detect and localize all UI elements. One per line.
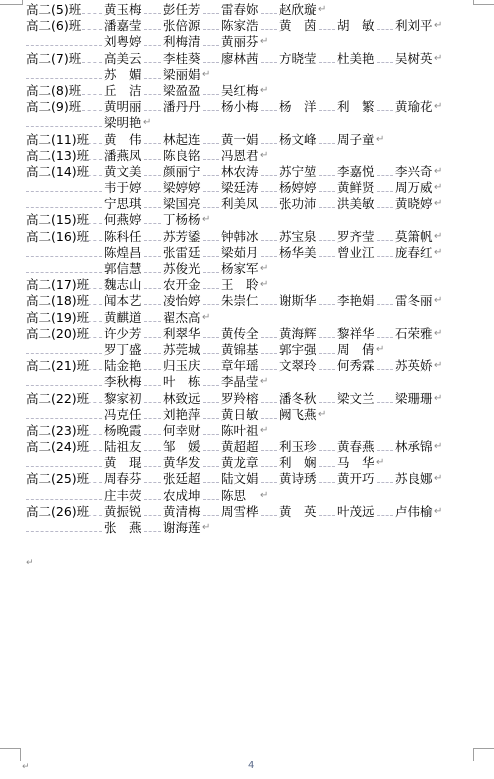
- tab-leader: [144, 337, 161, 354]
- crop-mark-top-left: [0, 0, 23, 5]
- class-label: 高二(18)班: [26, 293, 90, 309]
- student-name: 黄明丽: [104, 99, 142, 115]
- student-name: 李晶莹: [221, 374, 259, 390]
- tab-leader: [261, 191, 277, 208]
- student-name: 郭信慧: [104, 261, 142, 277]
- student-name: 黄海辉: [279, 326, 317, 342]
- class-name-list[interactable]: 高二(5)班黄玉梅彭任芳雷春妳赵欣璇↵高二(6)班潘嘉莹张倍源陈家浩黄 茵胡 敏…: [26, 2, 486, 536]
- student-name: 张功沛: [279, 196, 317, 212]
- paragraph-mark: ↵: [318, 407, 326, 423]
- student-name: 周子童: [337, 132, 375, 148]
- student-name: 张 燕: [104, 520, 142, 536]
- student-name: 陆文娟: [221, 471, 259, 487]
- tab-leader: [261, 224, 277, 241]
- tab-leader: [144, 0, 161, 14]
- tab-leader: [261, 450, 277, 467]
- tab-leader: [203, 499, 219, 516]
- tab-leader: [82, 127, 102, 144]
- student-name: 杨小梅: [221, 99, 259, 115]
- tab-leader: [377, 288, 393, 305]
- student-name: 利 娴: [279, 455, 317, 471]
- tab-leader: [203, 450, 219, 467]
- tab-leader: [203, 386, 219, 403]
- student-name: 钟韩冰: [221, 229, 259, 245]
- tab-leader: [377, 353, 393, 370]
- student-name: 梁国亮: [163, 196, 201, 212]
- footer-paragraph-mark: ↵: [22, 762, 30, 772]
- tab-leader: [319, 175, 335, 192]
- tab-leader: [319, 353, 335, 370]
- tab-leader: [144, 175, 161, 192]
- tab-leader: [82, 78, 102, 95]
- tab-leader: [319, 434, 335, 451]
- paragraph-mark: ↵: [260, 261, 268, 277]
- student-name: 莫箫帆: [395, 229, 433, 245]
- tab-leader: [203, 240, 219, 257]
- paragraph-mark: ↵: [434, 245, 442, 261]
- tab-leader: [261, 499, 277, 516]
- student-name: 何秀霖: [337, 358, 375, 374]
- tab-leader: [377, 386, 393, 403]
- student-name: 利翠华: [163, 326, 201, 342]
- student-name: 陆金艳: [104, 358, 142, 374]
- student-name: 章年瑶: [221, 358, 259, 374]
- student-name: 雷冬丽: [395, 293, 433, 309]
- tab-leader: [82, 224, 102, 241]
- student-name: 何幸财: [163, 423, 201, 439]
- student-name: 利梅清: [163, 34, 201, 50]
- tab-leader: [203, 402, 219, 419]
- tab-leader: [319, 127, 335, 144]
- student-name: 陆祖友: [104, 439, 142, 455]
- tab-leader: [203, 78, 219, 95]
- tab-leader: [319, 224, 335, 241]
- student-name: 潘冬秋: [279, 391, 317, 407]
- tab-leader: [203, 159, 219, 176]
- student-name: 苏宁堃: [279, 164, 317, 180]
- student-name: 黄 英: [279, 504, 317, 520]
- student-name: 何燕婷: [104, 212, 142, 228]
- tab-leader: [82, 143, 102, 160]
- student-name: 苏 媚: [104, 67, 142, 83]
- tab-leader: [144, 240, 161, 257]
- student-name: 黄玉梅: [104, 2, 142, 18]
- tab-leader: [26, 110, 102, 127]
- student-name: 陈家浩: [221, 18, 259, 34]
- student-name: 文翠玲: [279, 358, 317, 374]
- tab-leader: [26, 256, 102, 273]
- student-name: 黄开巧: [337, 471, 375, 487]
- student-name: 周万威: [395, 180, 433, 196]
- student-name: 宁思琪: [104, 196, 142, 212]
- student-name: 苏宝泉: [279, 229, 317, 245]
- tab-leader: [203, 46, 219, 63]
- tab-leader: [261, 0, 277, 14]
- student-name: 张雷廷: [163, 245, 201, 261]
- student-name: 胡 敏: [337, 18, 375, 34]
- tab-leader: [26, 483, 102, 500]
- student-name: 罗羚榕: [221, 391, 259, 407]
- tab-leader: [144, 207, 161, 224]
- student-name: 黄晓婷: [395, 196, 433, 212]
- tab-leader: [377, 191, 393, 208]
- student-name: 许少芳: [104, 326, 142, 342]
- tab-leader: [203, 434, 219, 451]
- tab-leader: [377, 46, 393, 63]
- tab-leader: [26, 175, 102, 192]
- student-name: 陈叶祖: [221, 423, 259, 439]
- tab-leader: [203, 337, 219, 354]
- student-name: 周春芬: [104, 471, 142, 487]
- tab-leader: [26, 29, 102, 46]
- student-name: 利刘平: [395, 18, 433, 34]
- student-name: 黄 琨: [104, 455, 142, 471]
- class-label: 高二(15)班: [26, 212, 90, 228]
- student-name: 黄一娟: [221, 132, 259, 148]
- tab-leader: [144, 272, 161, 289]
- tab-leader: [144, 434, 161, 451]
- crop-mark-bottom-right: [473, 748, 494, 761]
- student-name: 闻本艺: [104, 293, 142, 309]
- tab-leader: [319, 13, 335, 30]
- student-name: 农开金: [163, 277, 201, 293]
- class-label: 高二(13)班: [26, 148, 90, 164]
- student-name: 黄丽芬: [221, 34, 259, 50]
- tab-leader: [203, 483, 219, 500]
- student-name: 石荣雅: [395, 326, 433, 342]
- tab-leader: [144, 288, 161, 305]
- student-name: 李兴奇: [395, 164, 433, 180]
- tab-leader: [261, 159, 277, 176]
- student-name: 苏良娜: [395, 471, 433, 487]
- tab-leader: [203, 13, 219, 30]
- student-name: 苏俊光: [163, 261, 201, 277]
- student-name: 丁杨杨: [163, 212, 201, 228]
- student-name: 杨 洋: [279, 99, 317, 115]
- student-name: 利 繁: [337, 99, 375, 115]
- student-name: 黄日敏: [221, 407, 259, 423]
- tab-leader: [261, 240, 277, 257]
- class-label: 高二(5)班: [26, 2, 90, 18]
- tab-leader: [144, 466, 161, 483]
- student-name: 张倍源: [163, 18, 201, 34]
- tab-leader: [319, 191, 335, 208]
- tab-leader: [377, 434, 393, 451]
- student-name: 雷春妳: [221, 2, 259, 18]
- tab-leader: [203, 29, 219, 46]
- tab-leader: [82, 466, 102, 483]
- student-name: 李秋梅: [104, 374, 142, 390]
- tab-leader: [26, 191, 102, 208]
- tab-leader: [203, 321, 219, 338]
- tab-leader: [144, 159, 161, 176]
- tab-leader: [203, 224, 219, 241]
- paragraph-mark: ↵: [434, 358, 442, 374]
- student-name: 农成坤: [163, 488, 201, 504]
- student-name: 黄文美: [104, 164, 142, 180]
- tab-leader: [261, 402, 277, 419]
- student-name: 梁盈盈: [163, 83, 201, 99]
- student-name: 林起连: [163, 132, 201, 148]
- tab-leader: [261, 434, 277, 451]
- student-name: 黄龙章: [221, 455, 259, 471]
- student-name: 阙飞燕: [279, 407, 317, 423]
- paragraph-mark: ↵: [434, 180, 442, 196]
- tab-leader: [203, 191, 219, 208]
- tab-leader: [203, 143, 219, 160]
- student-name: 谢海莲: [163, 520, 201, 536]
- student-name: 李嘉悦: [337, 164, 375, 180]
- crop-mark-bottom-left: [0, 748, 21, 761]
- tab-leader: [82, 305, 102, 322]
- student-name: 方晓莹: [279, 51, 317, 67]
- tab-leader: [144, 46, 161, 63]
- class-label: 高二(11)班: [26, 132, 90, 148]
- tab-leader: [82, 321, 102, 338]
- student-name: 杨婷婷: [279, 180, 317, 196]
- student-name: 周 倩: [337, 342, 375, 358]
- tab-leader: [377, 159, 393, 176]
- student-name: 罗齐莹: [337, 229, 375, 245]
- tab-leader: [82, 353, 102, 370]
- student-name: 廖林茜: [221, 51, 259, 67]
- tab-leader: [203, 418, 219, 435]
- tab-leader: [82, 13, 102, 30]
- student-name: 林农涛: [221, 164, 259, 180]
- student-name: 刘粤婷: [104, 34, 142, 50]
- tab-leader: [82, 499, 102, 516]
- tab-leader: [26, 450, 102, 467]
- tab-leader: [261, 466, 277, 483]
- student-name: 冯恩君: [221, 148, 259, 164]
- student-name: 庞春红: [395, 245, 433, 261]
- student-name: 黄鲜贤: [337, 180, 375, 196]
- tab-leader: [319, 337, 335, 354]
- student-name: 黄华发: [163, 455, 201, 471]
- tab-leader: [377, 175, 393, 192]
- list-row[interactable]: 张 燕谢海莲↵: [26, 520, 486, 536]
- student-name: 韦于婷: [104, 180, 142, 196]
- student-name: 林承锦: [395, 439, 433, 455]
- tab-leader: [144, 515, 161, 532]
- tab-leader: [319, 499, 335, 516]
- tab-leader: [26, 240, 102, 257]
- paragraph-mark: ↵: [434, 504, 442, 520]
- student-name: 郭宇强: [279, 342, 317, 358]
- student-name: 黄超超: [221, 439, 259, 455]
- student-name: 谢斯华: [279, 293, 317, 309]
- tab-leader: [319, 321, 335, 338]
- tab-leader: [26, 515, 102, 532]
- student-name: 庄丰荧: [104, 488, 142, 504]
- student-name: 潘燕凤: [104, 148, 142, 164]
- student-name: 梁婷婷: [163, 180, 201, 196]
- student-name: 林致远: [163, 391, 201, 407]
- student-name: 陈科任: [104, 229, 142, 245]
- tab-leader: [377, 321, 393, 338]
- tab-leader: [82, 288, 102, 305]
- tab-leader: [144, 94, 161, 111]
- student-name: 梁茹月: [221, 245, 259, 261]
- tab-leader: [377, 94, 393, 111]
- tab-leader: [203, 466, 219, 483]
- student-name: 利美凤: [221, 196, 259, 212]
- tab-leader: [261, 46, 277, 63]
- tab-leader: [144, 321, 161, 338]
- tab-leader: [82, 46, 102, 63]
- tab-leader: [377, 466, 393, 483]
- tab-leader: [26, 369, 102, 386]
- tab-leader: [82, 418, 102, 435]
- tab-leader: [261, 337, 277, 354]
- tab-leader: [261, 175, 277, 192]
- student-name: 颜丽宁: [163, 164, 201, 180]
- paragraph-mark: ↵: [376, 132, 384, 148]
- tab-leader: [144, 127, 161, 144]
- student-name: 丘 洁: [104, 83, 142, 99]
- tab-leader: [144, 418, 161, 435]
- tab-leader: [319, 466, 335, 483]
- paragraph-mark: ↵: [434, 326, 442, 342]
- student-name: 黄振锐: [104, 504, 142, 520]
- student-name: 翟杰高: [163, 310, 201, 326]
- tab-leader: [203, 369, 219, 386]
- paragraph-mark: ↵: [434, 293, 442, 309]
- student-name: 潘嘉莹: [104, 18, 142, 34]
- student-name: 马 华: [337, 455, 375, 471]
- tab-leader: [261, 13, 277, 30]
- student-name: 黄锦基: [221, 342, 259, 358]
- tab-leader: [203, 272, 219, 289]
- student-name: 陈思: [221, 488, 246, 504]
- page-number: 4: [248, 760, 254, 771]
- student-name: 高美云: [104, 51, 142, 67]
- student-name: 凌怡婷: [163, 293, 201, 309]
- student-name: 黄清梅: [163, 504, 201, 520]
- student-name: 黎家初: [104, 391, 142, 407]
- student-name: 吴红梅: [221, 83, 259, 99]
- student-name: 李桂葵: [163, 51, 201, 67]
- tab-leader: [144, 256, 161, 273]
- tab-leader: [319, 386, 335, 403]
- student-name: 黄麒道: [104, 310, 142, 326]
- tab-leader: [144, 143, 161, 160]
- student-name: 叶茂远: [337, 504, 375, 520]
- tab-leader: [319, 240, 335, 257]
- student-name: 苏莞城: [163, 342, 201, 358]
- tab-leader: [377, 224, 393, 241]
- student-name: 黄传全: [221, 326, 259, 342]
- student-name: 梁丽娟: [163, 67, 201, 83]
- tab-leader: [319, 288, 335, 305]
- tab-leader: [82, 207, 102, 224]
- tab-leader: [82, 159, 102, 176]
- tab-leader: [144, 191, 161, 208]
- tab-leader: [261, 353, 277, 370]
- student-name: 陈煌昌: [104, 245, 142, 261]
- tab-leader: [203, 175, 219, 192]
- student-name: 周雪桦: [221, 504, 259, 520]
- tab-leader: [82, 434, 102, 451]
- student-name: 梁明艳: [104, 115, 142, 131]
- student-name: 黄诗琇: [279, 471, 317, 487]
- student-name: 王 聆: [221, 277, 259, 293]
- tab-leader: [144, 499, 161, 516]
- tab-leader: [26, 402, 102, 419]
- tab-leader: [203, 0, 219, 14]
- tab-leader: [203, 256, 219, 273]
- tab-leader: [144, 224, 161, 241]
- tab-leader: [82, 272, 102, 289]
- class-label: 高二(8)班: [26, 83, 90, 99]
- tab-leader: [144, 305, 161, 322]
- tab-leader: [377, 499, 393, 516]
- student-name: 苏芳鋈: [163, 229, 201, 245]
- tab-leader: [144, 369, 161, 386]
- document-page: 高二(5)班黄玉梅彭任芳雷春妳赵欣璇↵高二(6)班潘嘉莹张倍源陈家浩黄 茵胡 敏…: [0, 0, 494, 779]
- tab-leader: [82, 94, 102, 111]
- student-name: 黄春燕: [337, 439, 375, 455]
- class-label: 高二(23)班: [26, 423, 90, 439]
- tab-leader: [144, 353, 161, 370]
- tab-leader: [319, 159, 335, 176]
- tab-leader: [144, 78, 161, 95]
- student-name: 归玉庆: [163, 358, 201, 374]
- class-label: 高二(17)班: [26, 277, 90, 293]
- paragraph-mark: ↵: [434, 51, 442, 67]
- tab-leader: [261, 94, 277, 111]
- paragraph-mark: ↵: [434, 229, 442, 245]
- tab-leader: [319, 450, 335, 467]
- student-name: 梁珊珊: [395, 391, 433, 407]
- paragraph-mark: ↵: [434, 18, 442, 34]
- student-name: 曾业江: [337, 245, 375, 261]
- student-name: 赵欣璇: [279, 2, 317, 18]
- student-name: 梁廷涛: [221, 180, 259, 196]
- student-name: 杨文峰: [279, 132, 317, 148]
- tab-leader: [377, 240, 393, 257]
- tab-leader: [203, 94, 219, 111]
- student-name: 张廷超: [163, 471, 201, 487]
- tab-leader: [261, 386, 277, 403]
- paragraph-mark: ↵: [434, 439, 442, 455]
- student-name: 彭任芳: [163, 2, 201, 18]
- student-name: 吴树英: [395, 51, 433, 67]
- tab-leader: [144, 29, 161, 46]
- paragraph-mark: ↵: [434, 164, 442, 180]
- tab-leader: [144, 450, 161, 467]
- tab-leader: [261, 127, 277, 144]
- student-name: 杨晚霞: [104, 423, 142, 439]
- tab-leader: [377, 13, 393, 30]
- student-name: 潘丹丹: [163, 99, 201, 115]
- student-name: 苏英娇: [395, 358, 433, 374]
- tab-leader: [144, 483, 161, 500]
- paragraph-mark: ↵: [434, 391, 442, 407]
- paragraph-mark: ↵: [434, 471, 442, 487]
- student-name: 杜美艳: [337, 51, 375, 67]
- tab-leader: [144, 386, 161, 403]
- student-name: 邹 媛: [163, 439, 201, 455]
- tab-leader: [203, 288, 219, 305]
- paragraph-mark: ↵: [26, 558, 34, 568]
- tab-leader: [261, 288, 277, 305]
- student-name: 梁文兰: [337, 391, 375, 407]
- tab-leader: [82, 386, 102, 403]
- paragraph-mark: ↵: [434, 196, 442, 212]
- student-name: 黄 茵: [279, 18, 317, 34]
- student-name: 冯克任: [104, 407, 142, 423]
